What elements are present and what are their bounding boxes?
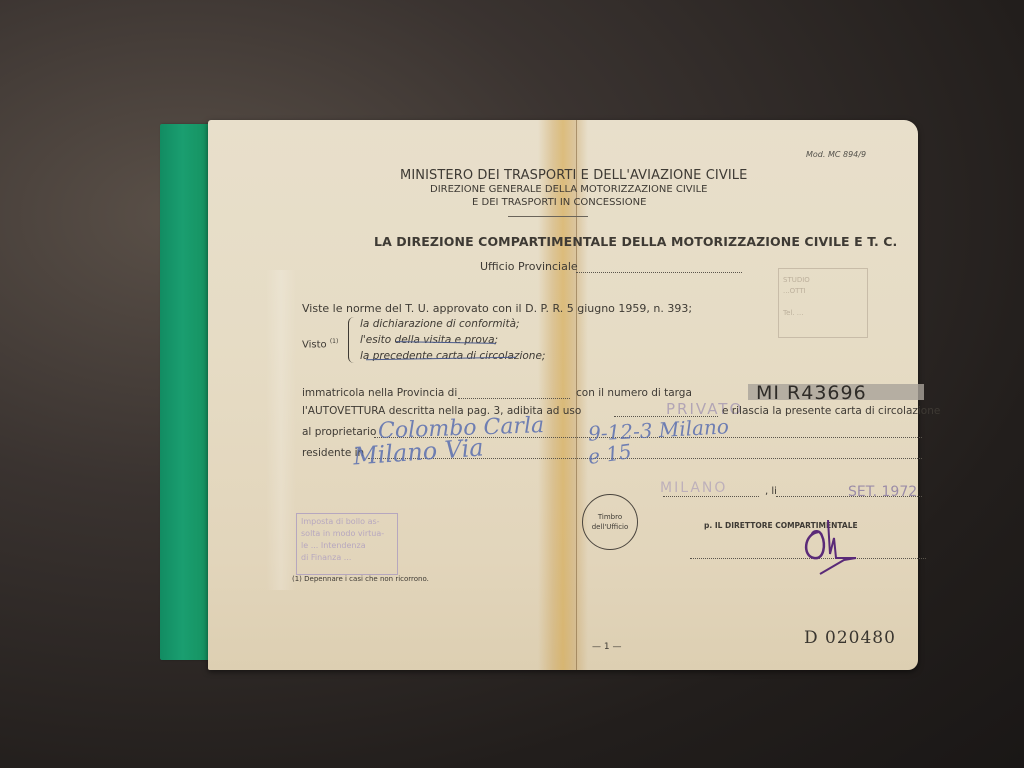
studio-stamp-line: ...OTTI xyxy=(783,286,863,297)
tax-stamp-line: le ... Intendenza xyxy=(301,540,393,552)
ufficio-label: Ufficio Provinciale xyxy=(480,260,578,273)
registration-document: Mod. MC 894/9 MINISTERO DEI TRASPORTI E … xyxy=(160,120,920,670)
proprietario-label: al proprietario xyxy=(302,426,376,438)
residence-number-handwritten: e 15 xyxy=(587,439,634,469)
tax-stamp-line: Imposta di bollo as- xyxy=(301,516,393,528)
page-number: — 1 — xyxy=(592,642,621,652)
studio-stamp-line xyxy=(783,297,863,308)
tax-stamp-line: di Finanza ... xyxy=(301,552,393,564)
city-stamp: MILANO xyxy=(660,480,727,496)
footnote-text: (1) Depennare i casi che non ricorrono. xyxy=(292,575,429,583)
city-field-line xyxy=(663,496,759,497)
immatricola-label: immatricola nella Provincia di xyxy=(302,387,457,399)
brace-bracket xyxy=(348,317,355,363)
plate-number: MI R43696 xyxy=(756,382,867,404)
date-stamp: SET. 1972 xyxy=(848,484,917,500)
province-field-line xyxy=(458,398,570,399)
timbro-line-2: dell'Ufficio xyxy=(592,522,629,532)
document-title: LA DIREZIONE COMPARTIMENTALE DELLA MOTOR… xyxy=(374,234,897,249)
timbro-line-1: Timbro xyxy=(598,512,622,522)
visto-word: Visto xyxy=(302,339,327,350)
green-spine xyxy=(160,124,210,660)
ministry-subheader-1: DIREZIONE GENERALE DELLA MOTORIZZAZIONE … xyxy=(430,184,707,195)
studio-stamp-line: Tel. ... xyxy=(783,308,863,319)
targa-label: con il numero di targa xyxy=(576,387,692,399)
rilascia-label: e rilascia la presente carta di circolaz… xyxy=(722,405,940,417)
studio-stamp-line: STUDIO xyxy=(783,275,863,286)
visto-item-1: la dichiarazione di conformità; xyxy=(360,318,520,330)
ufficio-field-line xyxy=(576,272,742,273)
office-stamp-circle: Timbro dell'Ufficio xyxy=(582,494,638,550)
footnote-marker: (1) xyxy=(330,338,339,345)
visto-item-2: l'esito della visita e prova; xyxy=(360,334,498,346)
tax-stamp-box: Imposta di bollo as- solta in modo virtu… xyxy=(296,513,398,575)
header-rule xyxy=(508,216,588,217)
tax-stamp-line: solta in modo virtua- xyxy=(301,528,393,540)
document-page: Mod. MC 894/9 MINISTERO DEI TRASPORTI E … xyxy=(208,120,918,670)
tape-glare xyxy=(266,270,296,590)
visto-label: Visto (1) xyxy=(302,338,338,350)
ministry-header: MINISTERO DEI TRASPORTI E DELL'AVIAZIONE… xyxy=(400,168,747,183)
viste-norme-text: Viste le norme del T. U. approvato con i… xyxy=(302,302,692,315)
form-code: Mod. MC 894/9 xyxy=(806,150,866,159)
visto-item-3: la precedente carta di circolazione; xyxy=(360,350,545,362)
ministry-subheader-2: E DEI TRASPORTI IN CONCESSIONE xyxy=(472,197,646,208)
signature-icon xyxy=(796,514,866,584)
residence-handwritten: Milano Via xyxy=(352,433,484,470)
studio-stamp: STUDIO ...OTTI Tel. ... xyxy=(778,268,868,338)
serial-number: D 020480 xyxy=(804,628,896,648)
